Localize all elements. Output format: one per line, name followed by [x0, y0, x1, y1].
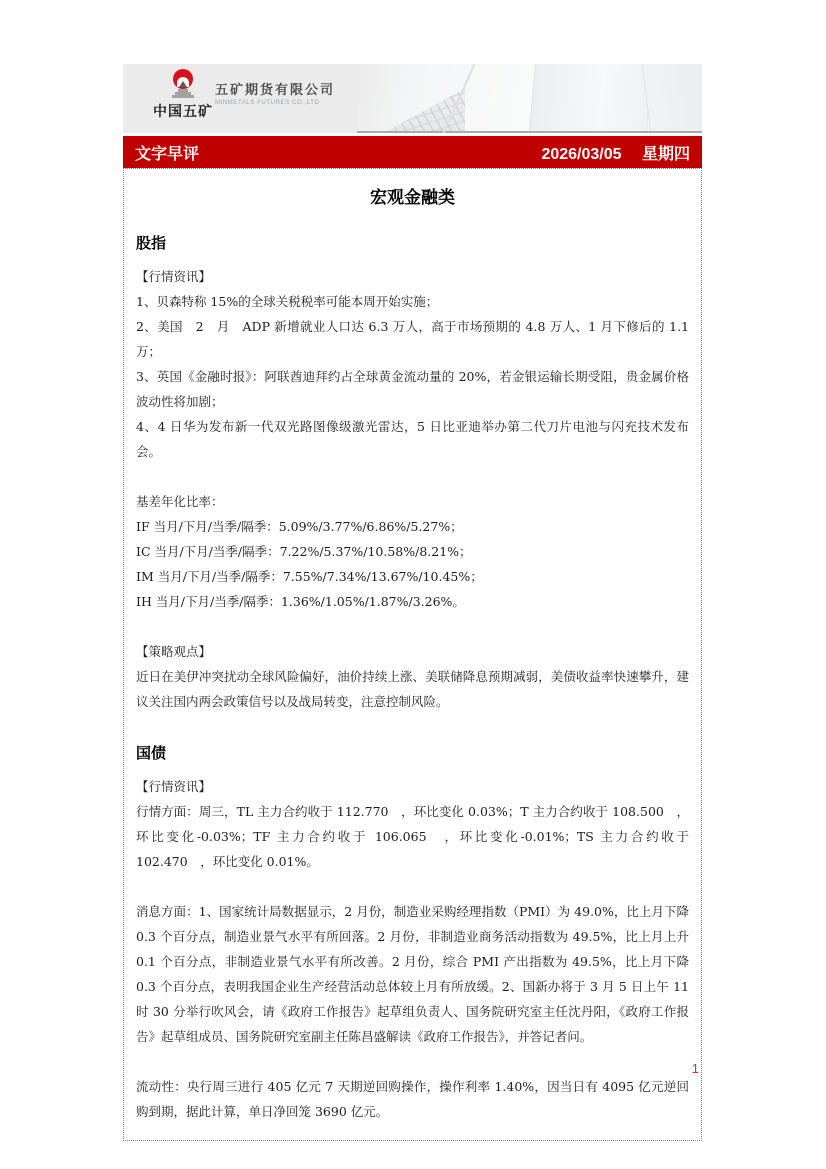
- news-item: 2、美国 2 月 ADP 新增就业人口达 6.3 万人，高于市场预期的 4.8 …: [136, 314, 689, 364]
- company-name-en: MINMETALS FUTURES CO.,LTD: [215, 100, 335, 106]
- logo-arch-icon: [177, 77, 189, 87]
- bond-quotes-paragraph: 行情方面：周三，TL 主力合约收于 112.770 ，环比变化 0.03%；T …: [136, 799, 689, 874]
- news-item: 3、英国《金融时报》：阿联酋迪拜约占全球黄金流动量的 20%，若金银运输长期受阻…: [136, 364, 689, 414]
- basis-ratio-row: IF 当月/下月/当季/隔季：5.09%/3.77%/6.86%/5.27%；: [136, 514, 689, 539]
- report-date: 2026/03/05 星期四: [541, 141, 690, 164]
- basis-ratio-row: IM 当月/下月/当季/隔季：7.55%/7.34%/13.67%/10.45%…: [136, 564, 689, 589]
- logo-peak-icon: [179, 81, 187, 87]
- blank-line: [136, 874, 689, 899]
- market-info-label: 【行情资讯】: [136, 264, 689, 289]
- company-masthead: 中国五矿 五矿期货有限公司 MINMETALS FUTURES CO.,LTD: [123, 64, 702, 133]
- liquidity-paragraph: 流动性：央行周三进行 405 亿元 7 天期逆回购操作，操作利率 1.40%，因…: [136, 1074, 689, 1124]
- report-type-title: 文字早评: [135, 141, 199, 164]
- news-item: 4、4 日华为发布新一代双光路图像级激光雷达，5 日比亚迪举办第二代刀片电池与闪…: [136, 414, 689, 464]
- blank-line: [136, 614, 689, 639]
- blank-line: [136, 464, 689, 489]
- basis-ratio-row: IC 当月/下月/当季/隔季：7.22%/5.37%/10.58%/8.21%；: [136, 539, 689, 564]
- strategy-label: 【策略观点】: [136, 639, 689, 664]
- report-date-value: 2026/03/05: [541, 146, 621, 164]
- title-banner: 文字早评 2026/03/05 星期四: [123, 136, 702, 168]
- category-title: 宏观金融类: [136, 185, 689, 210]
- basis-ratio-label: 基差年化比率：: [136, 489, 689, 514]
- bond-news-paragraph: 消息方面：1、国家统计局数据显示，2 月份，制造业采购经理指数（PMI）为 49…: [136, 899, 689, 1049]
- logo-pyramid-icon: [172, 89, 194, 98]
- company-name-cn: 五矿期货有限公司: [215, 79, 335, 98]
- tower-graphic: [642, 64, 702, 131]
- page-number: 1: [123, 1061, 699, 1076]
- brand-name: 中国五矿: [148, 101, 218, 121]
- strategy-text: 近日在美伊冲突扰动全球风险偏好，油价持续上涨、美联储降息预期减弱，美债收益率快速…: [136, 664, 689, 714]
- report-document: 中国五矿 五矿期货有限公司 MINMETALS FUTURES CO.,LTD …: [123, 64, 702, 1141]
- content-box: 宏观金融类 股指 【行情资讯】 1、贝森特称 15%的全球关税税率可能本周开始实…: [123, 168, 702, 1141]
- building-photo: [357, 64, 702, 133]
- tower-graphic: [529, 64, 653, 131]
- report-weekday: 星期四: [642, 141, 690, 164]
- basis-ratio-row: IH 当月/下月/当季/隔季：1.36%/1.05%/1.87%/3.26%。: [136, 589, 689, 614]
- company-logo: 中国五矿: [148, 69, 218, 121]
- company-name-block: 五矿期货有限公司 MINMETALS FUTURES CO.,LTD: [215, 79, 335, 106]
- glass-roof-graphic: [387, 79, 465, 131]
- market-info-label: 【行情资讯】: [136, 774, 689, 799]
- logo-circle-icon: [173, 69, 193, 89]
- minmetals-logo-icon: [172, 69, 194, 98]
- section-heading-treasury-bond: 国债: [136, 744, 689, 764]
- section-heading-stock-index: 股指: [136, 234, 689, 254]
- news-item: 1、贝森特称 15%的全球关税税率可能本周开始实施；: [136, 289, 689, 314]
- report-page: 中国五矿 五矿期货有限公司 MINMETALS FUTURES CO.,LTD …: [0, 0, 826, 1169]
